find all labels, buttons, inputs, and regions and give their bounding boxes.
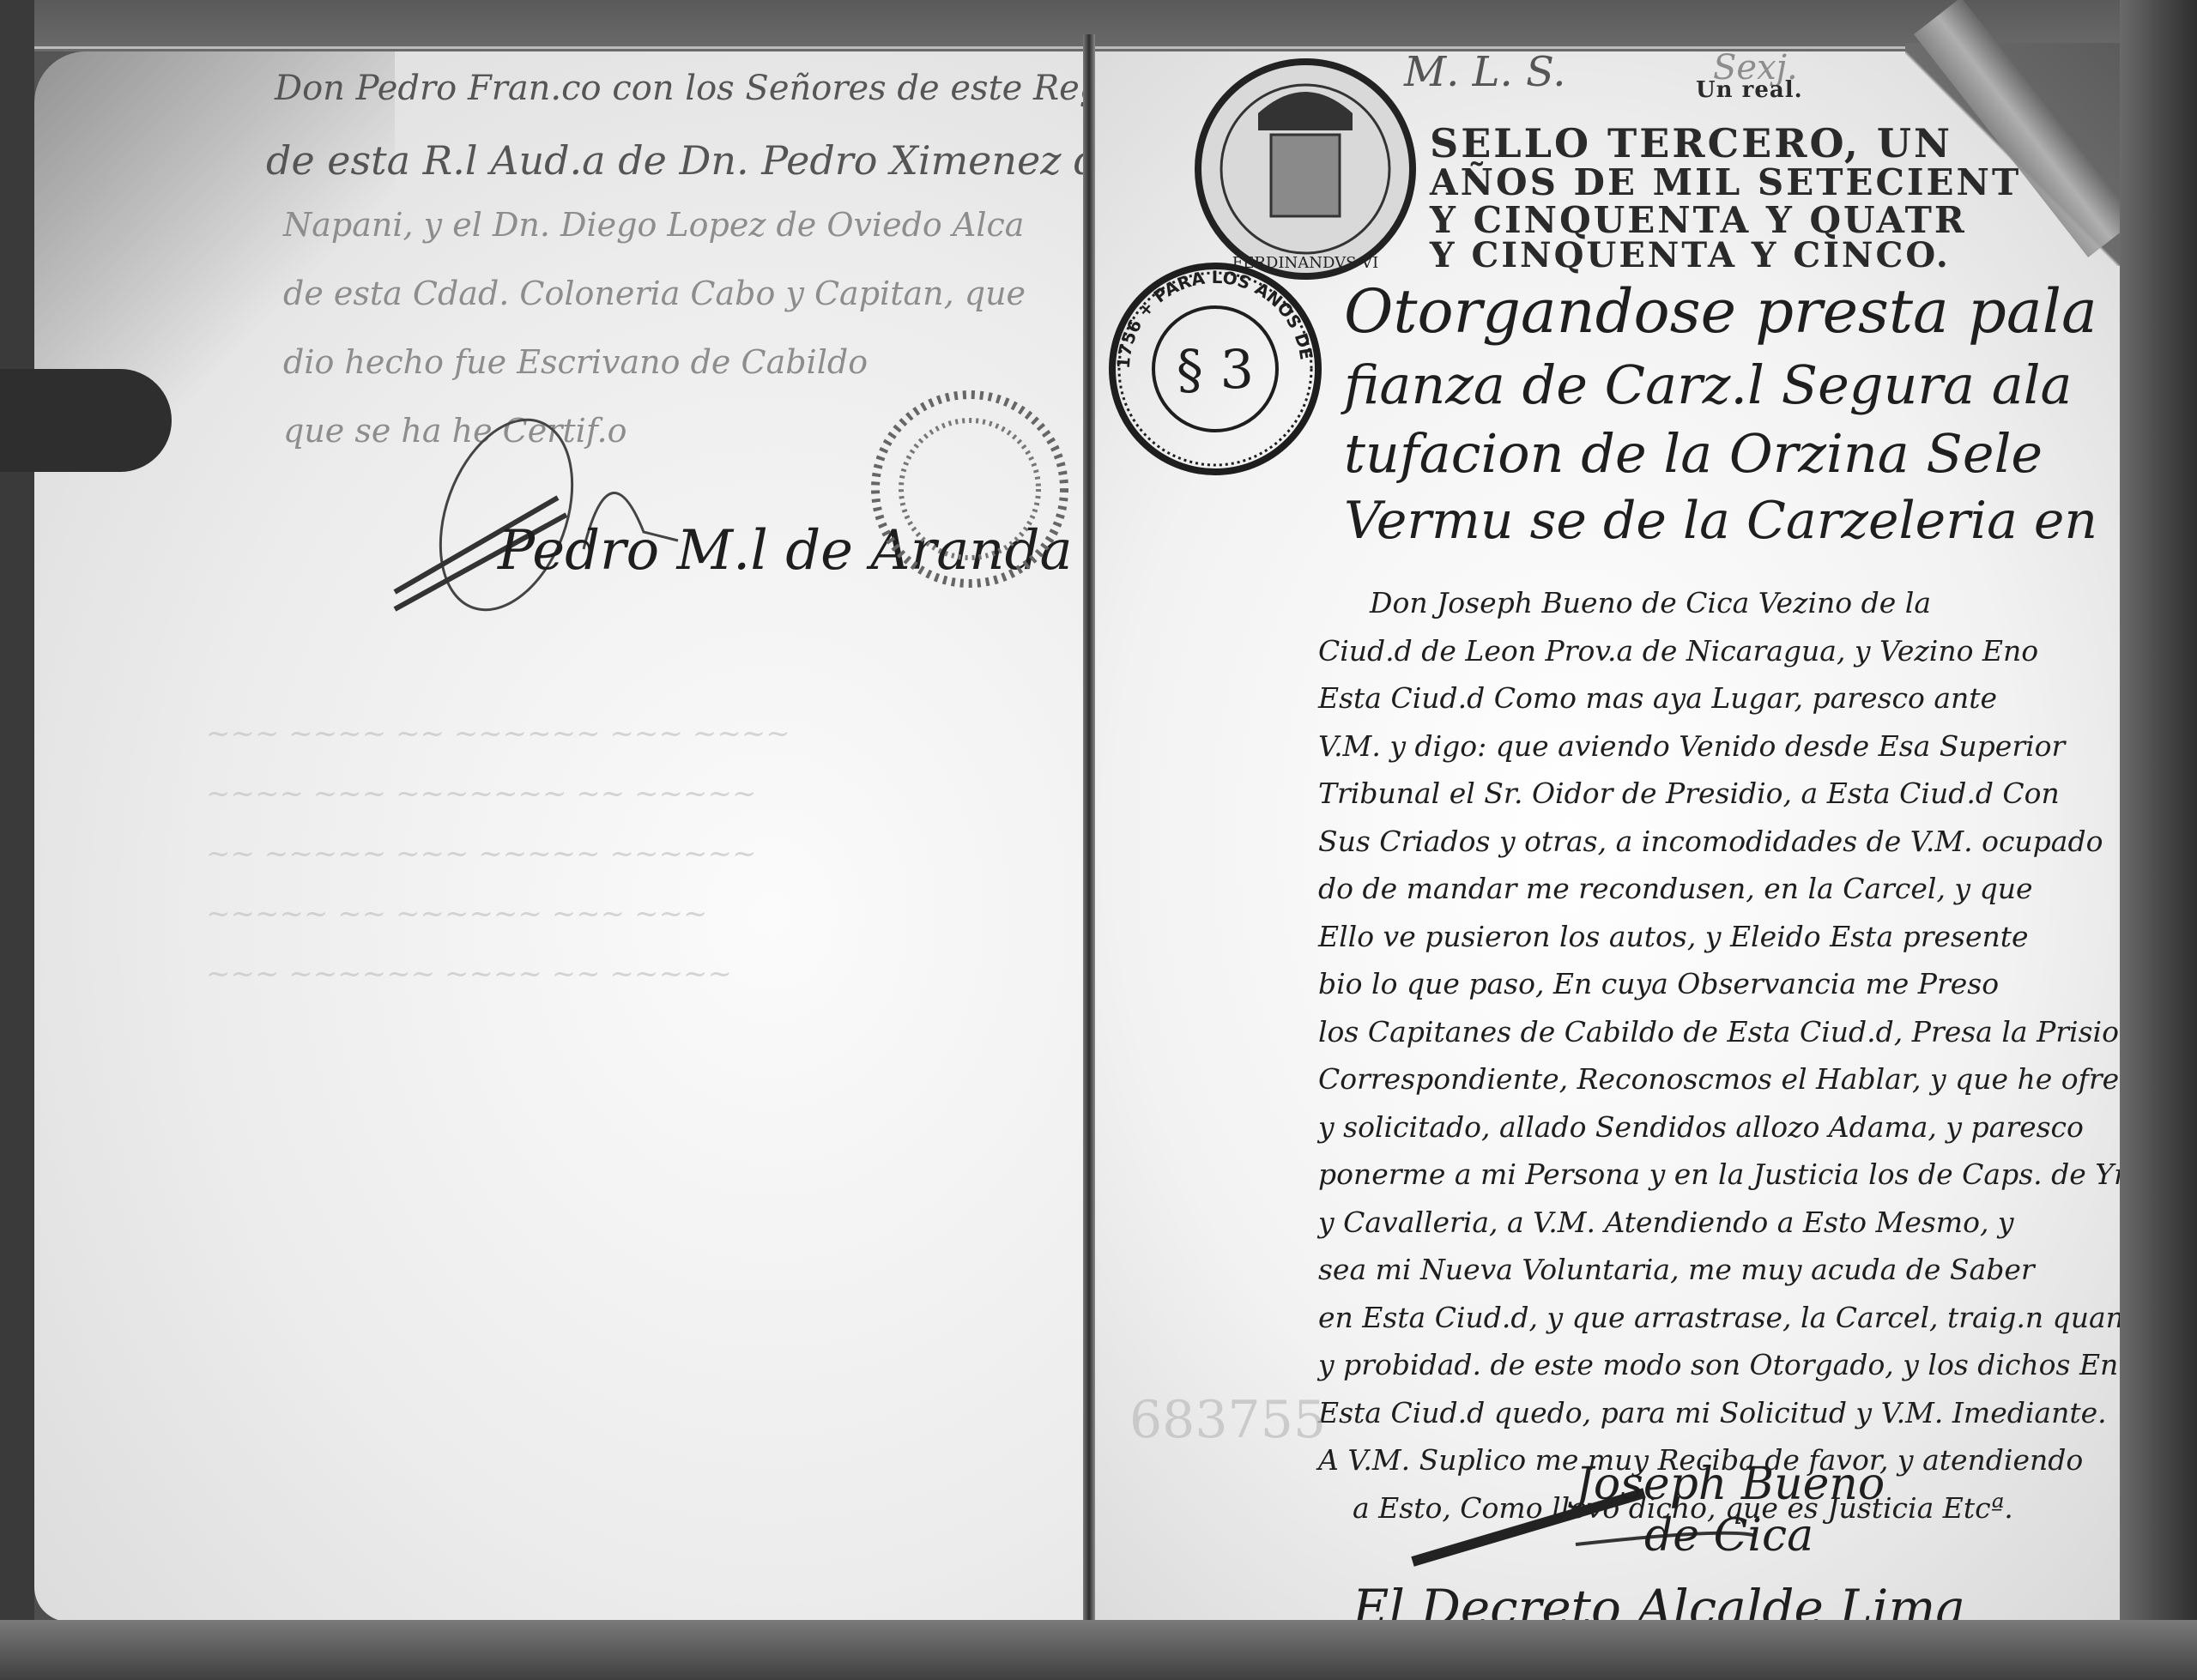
body-line: y Cavalleria, a V.M. Atendiendo a Esto M… xyxy=(1318,1199,2197,1247)
body-line: Esta Ciud.d Como mas aya Lugar, paresco … xyxy=(1318,674,2197,722)
petitioner-signature-line-1: Joseph Bueno xyxy=(1576,1459,1885,1510)
bleed-through-line: ~~~~~ ~~ ~~~~~~ ~~~ ~~~ xyxy=(206,884,790,944)
stamped-paper-line-4: Y CINQUENTA Y CINCO. xyxy=(1430,235,1951,275)
right-page: M. L. S. Sexj. Un real. FERDINANDVS VI S… xyxy=(1095,51,2146,1622)
title-line-4: Vermu se de la Carzeleria en xyxy=(1344,491,2097,551)
left-page: Don Pedro Fran.co con los Señores de est… xyxy=(34,51,1086,1622)
left-line-1: Don Pedro Fran.co con los Señores de est… xyxy=(275,69,1147,108)
body-line: bio lo que paso, En cuya Observancia me … xyxy=(1318,960,2197,1008)
stamp-seal-icon: § 3 1756 + PARA LOS AÑOS DE 1757 xyxy=(1104,257,1327,480)
left-line-5: dio hecho fue Escrivano de Cabildo xyxy=(283,343,868,381)
bleed-through-text: ~~~ ~~~~ ~~ ~~~~~~ ~~~ ~~~~ ~~~~ ~~~ ~~~… xyxy=(206,704,790,1004)
stamped-paper-line-1: SELLO TERCERO, UN xyxy=(1430,120,1952,166)
ghost-number: 683755 xyxy=(1129,1390,1326,1450)
body-line: ponerme a mi Persona y en la Justicia lo… xyxy=(1318,1151,2197,1199)
bleed-through-line: ~~~ ~~~~~~ ~~~~ ~~ ~~~~~ xyxy=(206,944,790,1004)
title-line-3: tufacion de la Orzina Sele xyxy=(1344,422,2043,485)
body-line: Ciud.d de Leon Prov.a de Nicaragua, y Ve… xyxy=(1318,627,2197,675)
title-line-2: fianza de Carz.l Segura ala xyxy=(1344,354,2072,416)
scanner-bottom-border xyxy=(0,1620,2197,1680)
body-line: Sus Criados y otras, a incomodidades de … xyxy=(1318,818,2197,866)
clip-shadow xyxy=(0,369,172,472)
header-initials: M. L. S. xyxy=(1404,48,1565,96)
royal-seal-icon: FERDINANDVS VI xyxy=(1189,53,1421,285)
body-line: Correspondiente, Reconoscmos el Hablar, … xyxy=(1318,1055,2197,1103)
bleed-through-line: ~~~ ~~~~ ~~ ~~~~~~ ~~~ ~~~~ xyxy=(206,704,790,764)
stamp-value: Un real. xyxy=(1696,77,1803,103)
body-line: Don Joseph Bueno de Cica Vezino de la xyxy=(1318,579,2197,627)
body-line: Esta Ciud.d quedo, para mi Solicitud y V… xyxy=(1318,1389,2197,1437)
left-line-4: de esta Cdad. Coloneria Cabo y Capitan, … xyxy=(283,275,1026,312)
faded-seal-icon xyxy=(858,386,1081,592)
body-line: Ello ve pusieron los autos, y Eleido Est… xyxy=(1318,913,2197,961)
bleed-through-line: ~~~~ ~~~ ~~~~~~~ ~~ ~~~~~ xyxy=(206,764,790,824)
left-line-2: de esta R.l Aud.a de Dn. Pedro Ximenez d… xyxy=(266,137,1123,184)
petition-body: Don Joseph Bueno de Cica Vezino de la Ci… xyxy=(1318,579,2197,1532)
petitioner-signature-line-2: de Cica xyxy=(1644,1510,1813,1562)
scanner-artifact-line xyxy=(0,46,2197,49)
bleed-through-line: ~~ ~~~~~ ~~~ ~~~~~ ~~~~~~ xyxy=(206,824,790,884)
body-line: los Capitanes de Cabildo de Esta Ciud.d,… xyxy=(1318,1008,2197,1056)
body-line: V.M. y digo: que aviendo Venido desde Es… xyxy=(1318,722,2197,771)
body-line: Tribunal el Sr. Oidor de Presidio, a Est… xyxy=(1318,770,2197,818)
stamp-seal-center: § 3 xyxy=(1177,338,1254,401)
scan-left-border xyxy=(0,0,34,1680)
body-line: do de mandar me recondusen, en la Carcel… xyxy=(1318,865,2197,913)
title-line-1: Otorgandose presta pala xyxy=(1344,276,2097,347)
body-line: y solicitado, allado Sendidos allozo Ada… xyxy=(1318,1103,2197,1151)
body-line: sea mi Nueva Voluntaria, me muy acuda de… xyxy=(1318,1246,2197,1294)
signature-flourish-icon xyxy=(386,395,695,618)
body-line: y probidad. de este modo son Otorgado, y… xyxy=(1318,1341,2197,1389)
scanner-top-border xyxy=(0,0,2197,51)
scan-right-border xyxy=(2120,0,2197,1680)
left-line-3: Napani, y el Dn. Diego Lopez de Oviedo A… xyxy=(283,206,1024,244)
body-line: en Esta Ciud.d, y que arrastrase, la Car… xyxy=(1318,1294,2197,1342)
book-gutter xyxy=(1083,34,1095,1647)
